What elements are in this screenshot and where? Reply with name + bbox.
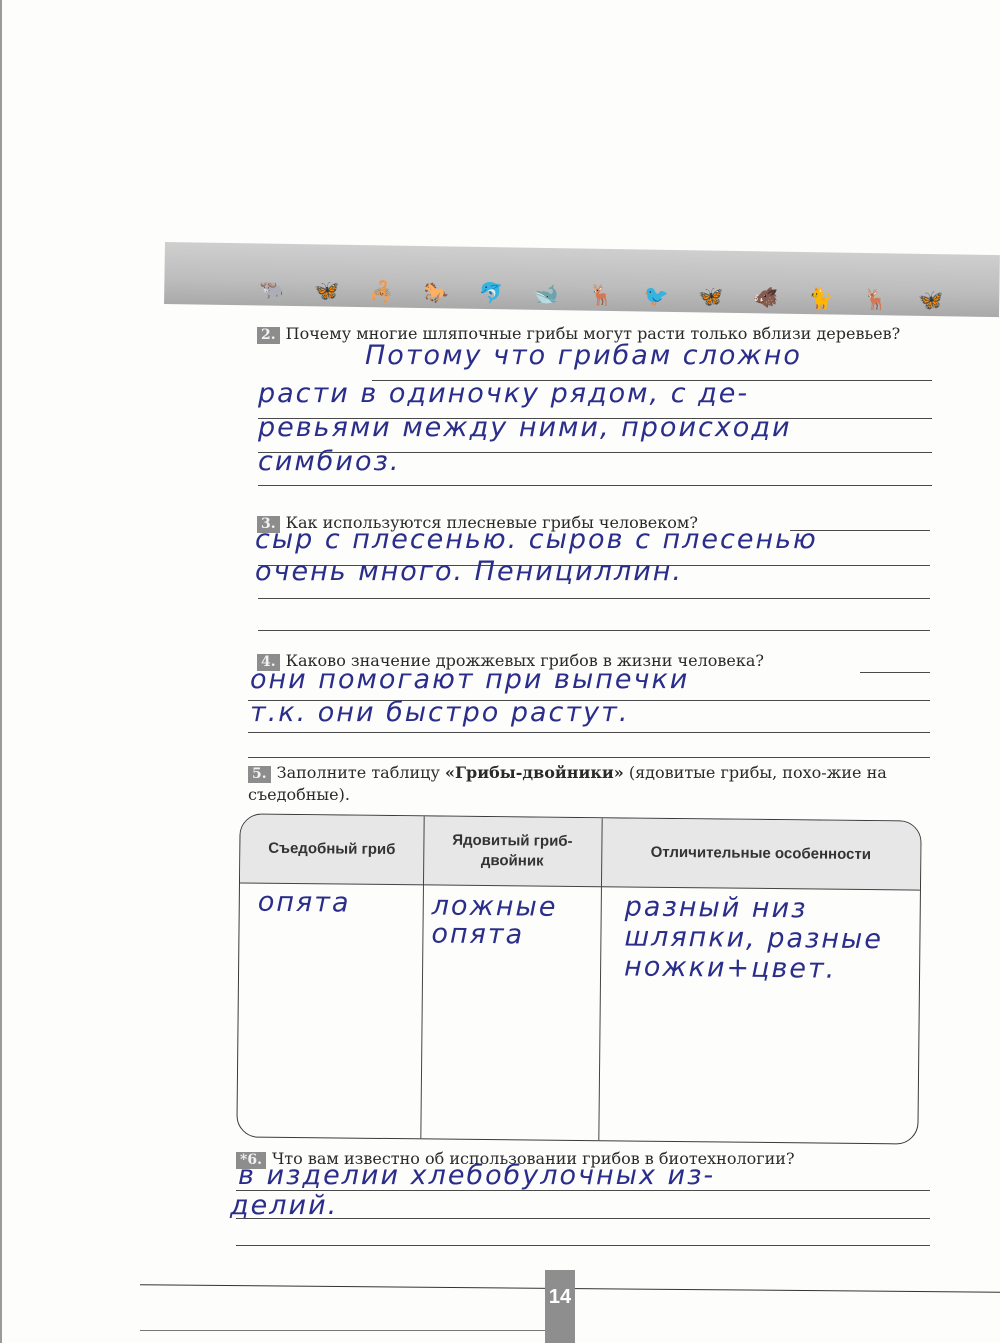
worksheet-page: 2.Почему многие шляпочные грибы могут ра… [0, 0, 1000, 1343]
column-header-poisonous: Ядовитый гриб-двойник [423, 816, 602, 886]
question-number: 5. [248, 766, 271, 783]
column-header-edible: Съедобный гриб [240, 814, 424, 884]
answer-line [258, 598, 930, 599]
table-cell-differences[interactable]: разный низ шляпки, разные ножки+цвет. [624, 892, 915, 985]
handwritten-answer[interactable]: т.к. они быстро растут. [250, 697, 629, 728]
handwritten-answer[interactable]: расти в одиночку рядом, с де- [258, 378, 749, 409]
table-cell-poisonous[interactable]: ложные опята [431, 892, 592, 950]
answer-line [248, 757, 930, 758]
answer-line [860, 672, 930, 673]
answer-line [248, 732, 930, 733]
handwritten-answer[interactable]: ревьями между ними, происходи [258, 412, 792, 443]
table-header: Съедобный гриб Ядовитый гриб-двойник Отл… [240, 814, 921, 890]
answer-line [236, 1218, 930, 1219]
footer-rule [140, 1330, 550, 1331]
handwritten-answer[interactable]: симбиоз. [258, 446, 400, 477]
answer-line [258, 630, 930, 631]
answer-line [236, 1245, 930, 1246]
question-text: Заполните таблицу [277, 763, 445, 782]
question-5: 5.Заполните таблицу «Грибы-двойники» (яд… [248, 762, 928, 806]
answer-line [258, 485, 932, 486]
table-cell-edible[interactable]: опята [258, 887, 418, 920]
table-title: «Грибы-двойники» [445, 763, 624, 782]
handwritten-answer[interactable]: очень много. Пенициллин. [255, 556, 683, 587]
handwritten-answer[interactable]: они помогают при выпечки [250, 664, 689, 695]
page-number: 14 [545, 1270, 575, 1343]
question-number: 2. [257, 327, 280, 344]
handwritten-answer[interactable]: сыр с плесенью. сыров с плесенью [255, 524, 818, 555]
mushroom-twins-table: Съедобный гриб Ядовитый гриб-двойник Отл… [236, 813, 921, 1144]
handwritten-answer[interactable]: Потому что грибам сложно [365, 340, 802, 371]
handwritten-answer[interactable]: делий. [230, 1190, 338, 1221]
column-header-differences: Отличительные особенности [601, 818, 921, 889]
handwritten-answer[interactable]: в изделии хлебобулочных из- [238, 1160, 715, 1191]
